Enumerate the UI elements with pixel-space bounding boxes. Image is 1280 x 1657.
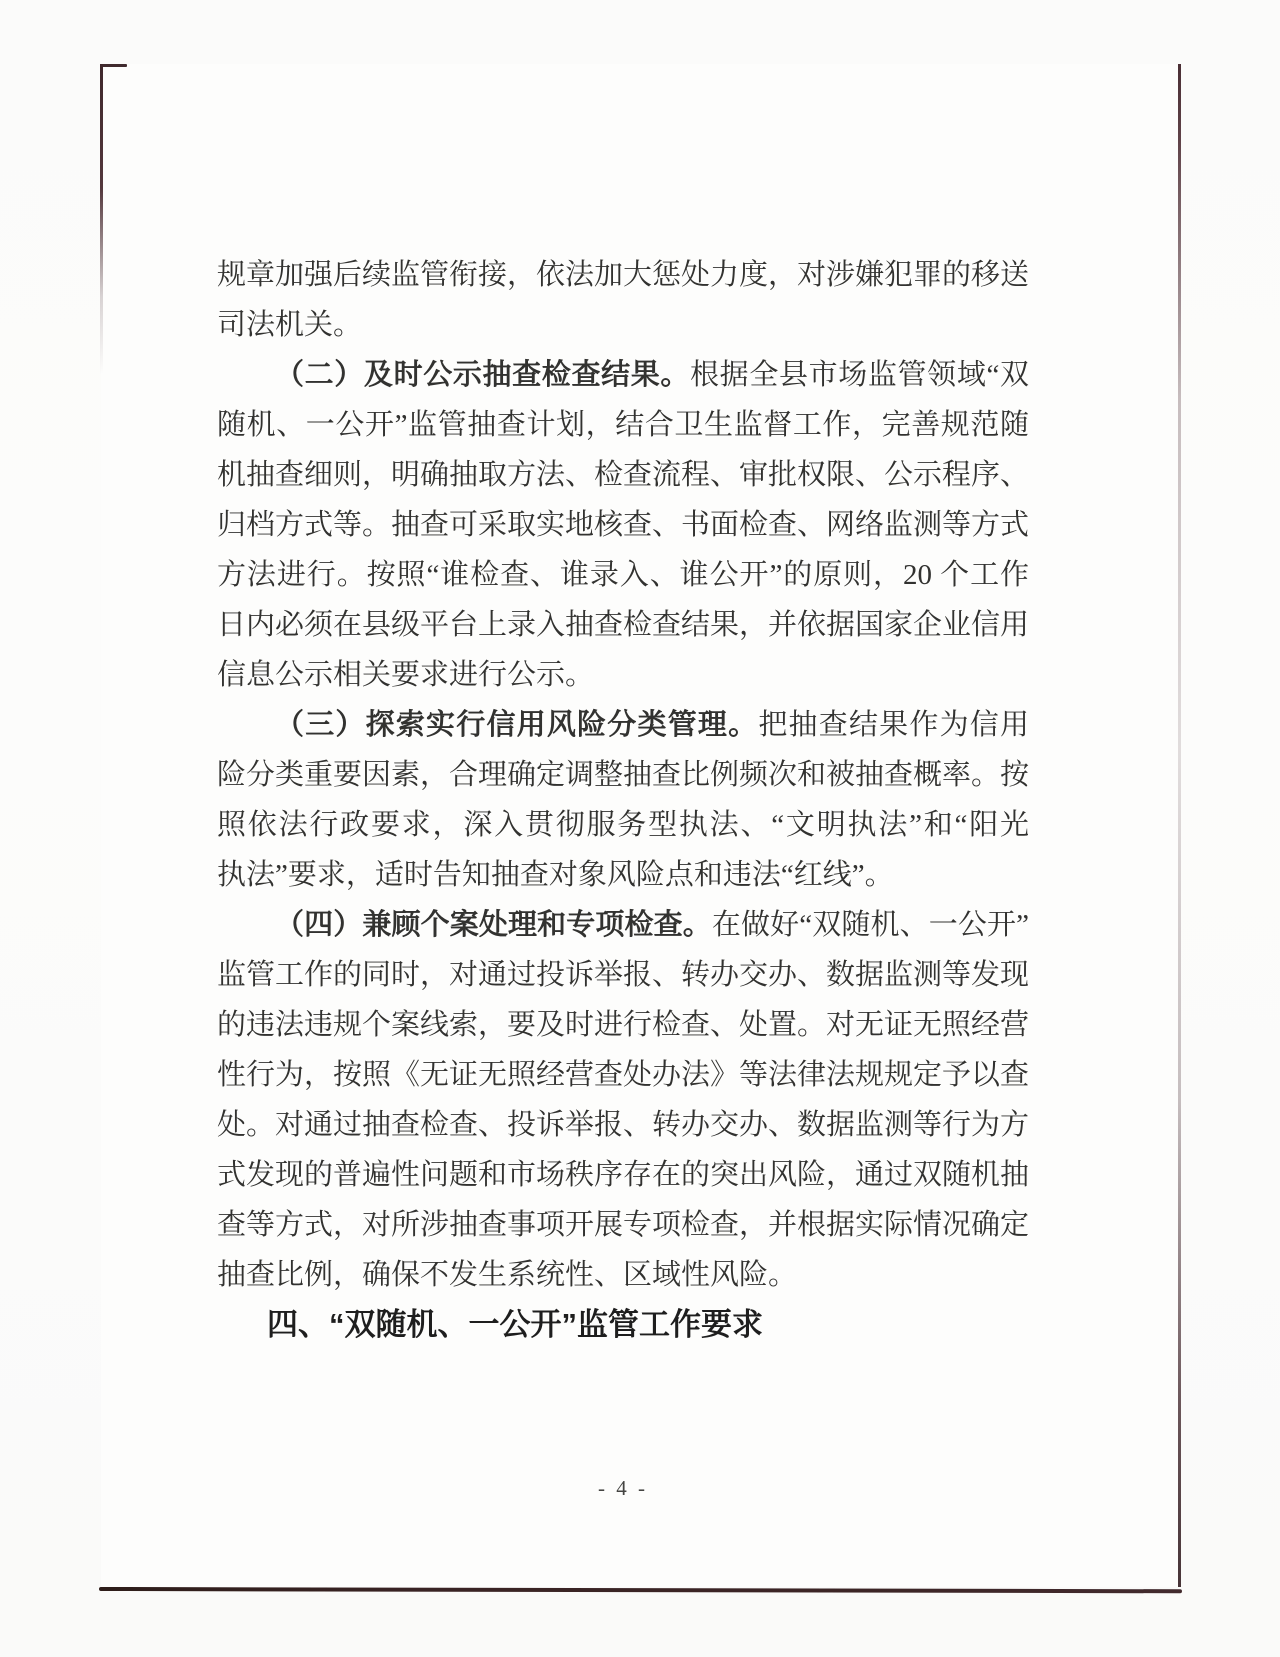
text-line: （三）探索实行信用风险分类管理。把抽查结果作为信用风 (217, 700, 1029, 750)
text-line: 性行为，按照《无证无照经营查处办法》等法律法规规定予以查 (217, 1050, 1029, 1100)
text-line: 执法”要求，适时告知抽查对象风险点和违法“红线”。 (217, 850, 1029, 900)
text-line-text: 司法机关。 (217, 309, 362, 341)
text-line-text: 查等方式，对所涉抽查事项开展专项检查，并根据实际情况确定 (217, 1209, 1029, 1241)
page-edge-left (100, 64, 103, 374)
page-edge-right (1178, 64, 1181, 1587)
text-line-text: 性行为，按照《无证无照经营查处办法》等法律法规规定予以查 (217, 1059, 1029, 1091)
text-line-text: 式发现的普遍性问题和市场秩序存在的突出风险，通过双随机抽 (217, 1159, 1029, 1191)
text-line-text: 根据全县市场监管领域“双 (690, 359, 1029, 391)
document-body: 规章加强后续监管衔接，依法加大惩处力度，对涉嫌犯罪的移送司法机关。（二）及时公示… (217, 250, 1029, 1352)
section-heading: 四、“双随机、一公开”监管工作要求 (217, 1300, 1029, 1352)
text-line: 机抽查细则，明确抽取方法、检查流程、审批权限、公示程序、 (217, 450, 1029, 500)
text-line: （四）兼顾个案处理和专项检查。在做好“双随机、一公开” (217, 900, 1029, 950)
text-line-text: 处。对通过抽查检查、投诉举报、转办交办、数据监测等行为方 (217, 1109, 1029, 1141)
text-line: 处。对通过抽查检查、投诉举报、转办交办、数据监测等行为方 (217, 1100, 1029, 1150)
paragraph-lead: （三）探索实行信用风险分类管理。 (275, 709, 758, 741)
text-line: 照依法行政要求，深入贯彻服务型执法、“文明执法”和“阳光 (217, 800, 1029, 850)
section-heading-text: 四、“双随机、一公开”监管工作要求 (267, 1307, 763, 1342)
text-line-text: 的违法违规个案线索，要及时进行检查、处置。对无证无照经营 (217, 1009, 1029, 1041)
text-line-text: 险分类重要因素，合理确定调整抽查比例频次和被抽查概率。按 (217, 759, 1029, 791)
paragraph-lead: （二）及时公示抽查检查结果。 (275, 359, 690, 391)
text-line-text: 日内必须在县级平台上录入抽查检查结果，并依据国家企业信用 (217, 609, 1029, 641)
text-line-text: 照依法行政要求，深入贯彻服务型执法、“文明执法”和“阳光 (217, 809, 1029, 841)
text-line: 归档方式等。抽查可采取实地核查、书面检查、网络监测等方式 (217, 500, 1029, 550)
text-line-text: 规章加强后续监管衔接，依法加大惩处力度，对涉嫌犯罪的移送 (217, 259, 1029, 291)
text-line: 查等方式，对所涉抽查事项开展专项检查，并根据实际情况确定 (217, 1200, 1029, 1250)
text-line: （二）及时公示抽查检查结果。根据全县市场监管领域“双 (217, 350, 1029, 400)
text-line: 的违法违规个案线索，要及时进行检查、处置。对无证无照经营 (217, 1000, 1029, 1050)
text-line: 抽查比例，确保不发生系统性、区域性风险。 (217, 1250, 1029, 1300)
text-line: 随机、一公开”监管抽查计划，结合卫生监督工作，完善规范随 (217, 400, 1029, 450)
document-page: 规章加强后续监管衔接，依法加大惩处力度，对涉嫌犯罪的移送司法机关。（二）及时公示… (101, 64, 1181, 1587)
text-line: 监管工作的同时，对通过投诉举报、转办交办、数据监测等发现 (217, 950, 1029, 1000)
text-line-text: 机抽查细则，明确抽取方法、检查流程、审批权限、公示程序、 (217, 459, 1029, 491)
text-line-text: 随机、一公开”监管抽查计划，结合卫生监督工作，完善规范随 (217, 409, 1029, 441)
paragraph-lead: （四）兼顾个案处理和专项检查。 (275, 909, 712, 941)
text-line-text: 信息公示相关要求进行公示。 (217, 659, 594, 691)
text-line-text: 监管工作的同时，对通过投诉举报、转办交办、数据监测等发现 (217, 959, 1029, 991)
page-edge-top (101, 64, 127, 67)
text-line-text: 抽查比例，确保不发生系统性、区域性风险。 (217, 1259, 797, 1291)
text-line-text: 归档方式等。抽查可采取实地核查、书面检查、网络监测等方式 (217, 509, 1029, 541)
text-line-text: 执法”要求，适时告知抽查对象风险点和违法“红线”。 (217, 859, 894, 891)
scanned-document: 规章加强后续监管衔接，依法加大惩处力度，对涉嫌犯罪的移送司法机关。（二）及时公示… (0, 0, 1280, 1657)
page-number: - 4 - (217, 1476, 1029, 1501)
text-line: 规章加强后续监管衔接，依法加大惩处力度，对涉嫌犯罪的移送 (217, 250, 1029, 300)
text-line-text: 在做好“双随机、一公开” (712, 909, 1029, 941)
text-line: 险分类重要因素，合理确定调整抽查比例频次和被抽查概率。按 (217, 750, 1029, 800)
text-line: 方法进行。按照“谁检查、谁录入、谁公开”的原则，20 个工作 (217, 550, 1029, 600)
text-line: 式发现的普遍性问题和市场秩序存在的突出风险，通过双随机抽 (217, 1150, 1029, 1200)
text-line-text: 方法进行。按照“谁检查、谁录入、谁公开”的原则，20 个工作 (217, 559, 1029, 591)
text-line: 日内必须在县级平台上录入抽查检查结果，并依据国家企业信用 (217, 600, 1029, 650)
text-line: 信息公示相关要求进行公示。 (217, 650, 1029, 700)
text-line: 司法机关。 (217, 300, 1029, 350)
page-edge-bottom (99, 1587, 1182, 1593)
